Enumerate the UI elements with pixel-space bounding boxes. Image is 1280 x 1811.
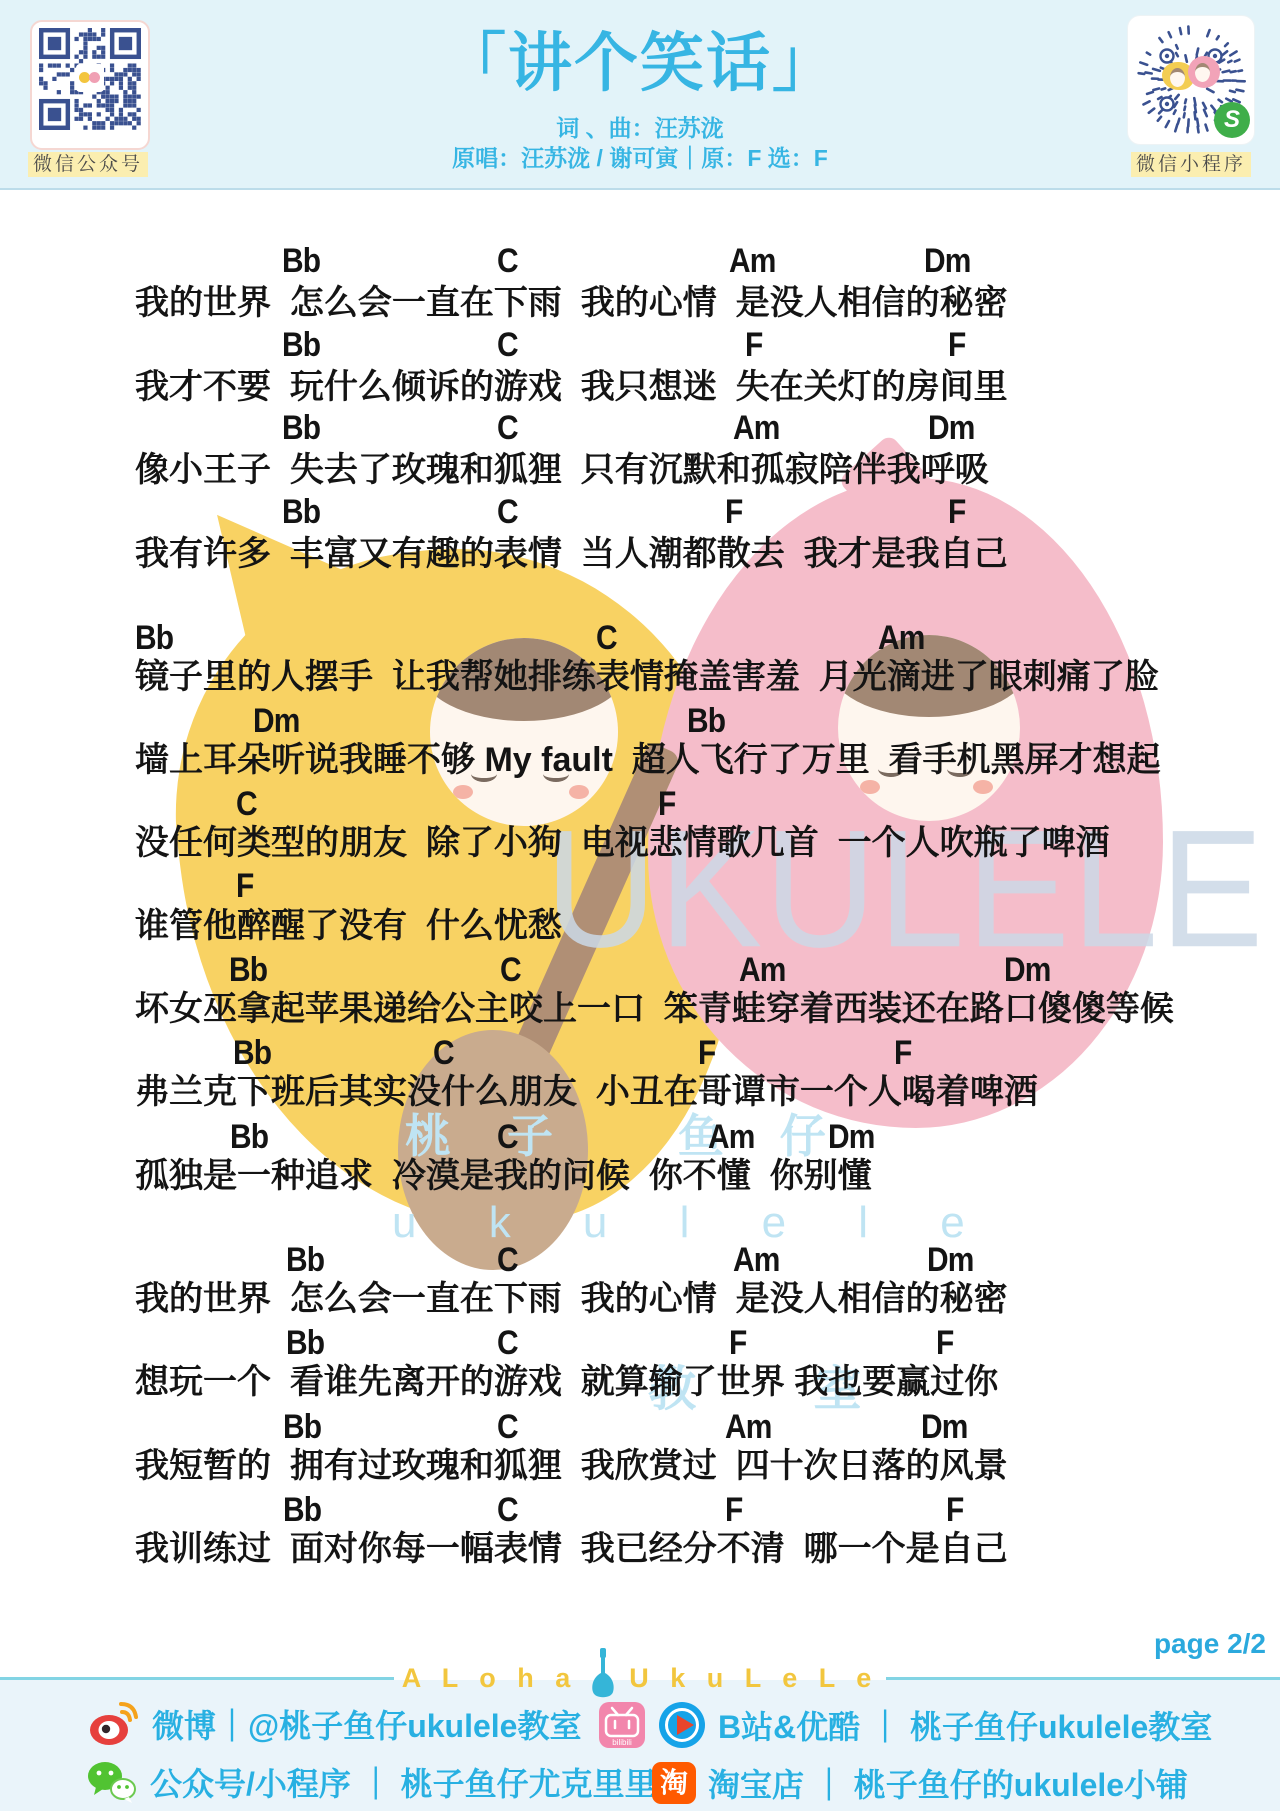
chord-sheet-page: UKULELE 桃子 鱼仔 u k u l e l e 教 室 「讲个笑话」 词… xyxy=(0,0,1280,1811)
chord-label: C xyxy=(497,495,518,529)
chord-label: Bb xyxy=(283,1493,321,1527)
chord-label: Bb xyxy=(233,1036,271,1070)
lyric-line-15: 我训练过 面对你每一幅表情 我已经分不清 哪一个是自己 xyxy=(135,1530,1008,1569)
chord-label: Bb xyxy=(286,1326,324,1360)
chord-label: Bb xyxy=(283,1410,321,1444)
chord-label: F xyxy=(658,787,675,821)
chord-label: Bb xyxy=(286,1243,324,1277)
weibo-text: 微博｜@桃子鱼仔ukulele教室 xyxy=(152,1701,581,1747)
lyric-line-2: 我才不要 玩什么倾诉的游戏 我只想迷 失在关灯的房间里 xyxy=(135,368,1008,407)
miniprogram-center-logo xyxy=(1162,56,1220,98)
chord-label: F xyxy=(948,495,965,529)
wechat-link: 公众号/小程序 ｜ 桃子鱼仔尤克里里 xyxy=(86,1758,657,1806)
wechat-miniprogram-label: 微信小程序 xyxy=(1122,149,1260,176)
miniprogram-s-badge: S xyxy=(1214,102,1250,138)
lyric-line-5: 镜子里的人摆手 让我帮她排练表情掩盖害羞 月光滴进了眼刺痛了脸 xyxy=(135,658,1159,697)
chord-label: Am xyxy=(708,1120,754,1154)
chord-label: Bb xyxy=(282,495,320,529)
chord-label: Dm xyxy=(828,1120,874,1154)
chord-label: F xyxy=(725,1493,742,1527)
chord-label: C xyxy=(497,411,518,445)
chord-label: Bb xyxy=(229,953,267,987)
chord-label: F xyxy=(946,1493,963,1527)
bilibili-youku-link: bilibili B站&优酷 ｜ 桃子鱼仔ukulele教室 xyxy=(598,1700,1212,1750)
credit-original-key: 原唱：汪苏泷 / 谢可寅｜原：F 选：F xyxy=(0,140,1280,173)
bilibili-youku-text: B站&优酷 ｜ 桃子鱼仔ukulele教室 xyxy=(718,1702,1212,1748)
divider-line-left xyxy=(0,1677,394,1680)
chord-label: Am xyxy=(725,1410,771,1444)
wechat-icon xyxy=(86,1758,138,1806)
lyric-line-6: 墙上耳朵听说我睡不够 My fault 超人飞行了万里 看手机黑屏才想起 xyxy=(135,741,1161,780)
weibo-icon xyxy=(88,1700,140,1748)
chord-label: Dm xyxy=(928,411,974,445)
weibo-link: 微博｜@桃子鱼仔ukulele教室 xyxy=(88,1700,581,1748)
credit-writers: 词 、曲：汪苏泷 xyxy=(0,110,1280,143)
lyric-line-12: 我的世界 怎么会一直在下雨 我的心情 是没人相信的秘密 xyxy=(135,1280,1008,1319)
lyric-line-1: 我的世界 怎么会一直在下雨 我的心情 是没人相信的秘密 xyxy=(135,284,1008,323)
lyric-line-13: 想玩一个 看谁先离开的游戏 就算输了世界 我也要赢过你 xyxy=(135,1363,998,1402)
chord-label: Am xyxy=(878,621,924,655)
chord-label: F xyxy=(236,869,253,903)
chord-label: F xyxy=(725,495,742,529)
lyric-line-10: 弗兰克下班后其实没什么朋友 小丑在哥谭市一个人喝着啤酒 xyxy=(135,1073,1038,1112)
chord-label: Dm xyxy=(253,704,299,738)
chord-label: F xyxy=(936,1326,953,1360)
chord-label: Bb xyxy=(230,1120,268,1154)
chord-label: C xyxy=(497,1120,518,1154)
chord-label: C xyxy=(497,1326,518,1360)
taobao-text: 淘宝店 ｜ 桃子鱼仔的ukulele小铺 xyxy=(708,1760,1188,1806)
chord-label: C xyxy=(433,1036,454,1070)
chord-label: Bb xyxy=(282,328,320,362)
chord-label: C xyxy=(497,1410,518,1444)
chord-label: Am xyxy=(733,1243,779,1277)
chord-label: C xyxy=(500,953,521,987)
chord-label: Bb xyxy=(282,411,320,445)
chord-label: Am xyxy=(739,953,785,987)
chord-label: C xyxy=(236,787,257,821)
lyric-line-3: 像小王子 失去了玫瑰和狐狸 只有沉默和孤寂陪伴我呼吸 xyxy=(135,451,989,490)
chord-label: C xyxy=(497,244,518,278)
ukulele-icon xyxy=(589,1648,617,1702)
chord-label: F xyxy=(698,1036,715,1070)
chord-label: F xyxy=(894,1036,911,1070)
lyric-line-9: 坏女巫拿起苹果递给公主咬上一口 笨青蛙穿着西装还在路口傻傻等候 xyxy=(135,990,1174,1029)
chord-label: C xyxy=(497,1243,518,1277)
chord-label: F xyxy=(745,328,762,362)
wechat-official-label: 微信公众号 xyxy=(22,149,154,176)
aloha-text: A L o h a xyxy=(402,1663,578,1694)
qr-center-logo xyxy=(76,64,104,92)
wechat-official-qr-code xyxy=(30,20,150,150)
wechat-text: 公众号/小程序 ｜ 桃子鱼仔尤克里里 xyxy=(150,1759,657,1805)
ukulele-text: U k u L e L e xyxy=(629,1663,878,1694)
youku-icon xyxy=(658,1701,706,1749)
chord-label: F xyxy=(729,1326,746,1360)
page-title: 「讲个笑话」 xyxy=(0,12,1280,104)
lyric-line-4: 我有许多 丰富又有趣的表情 当人潮都散去 我才是我自己 xyxy=(135,535,1008,574)
chord-label: C xyxy=(497,1493,518,1527)
song-body: BbCAmDm我的世界 怎么会一直在下雨 我的心情 是没人相信的秘密BbCFF我… xyxy=(0,0,1280,1620)
lyric-line-11: 孤独是一种追求 冷漠是我的问候 你不懂 你别懂 xyxy=(135,1157,872,1196)
header: 「讲个笑话」 词 、曲：汪苏泷 原唱：汪苏泷 / 谢可寅｜原：F 选：F 微信公… xyxy=(0,0,1280,190)
bilibili-icon: bilibili xyxy=(598,1700,646,1750)
lyric-line-7: 没任何类型的朋友 除了小狗 电视悲情歌几首 一个人吹瓶了啤酒 xyxy=(135,824,1110,863)
aloha-divider: A L o h a U k u L e L e xyxy=(0,1652,1280,1704)
chord-label: C xyxy=(497,328,518,362)
chord-label: Am xyxy=(733,411,779,445)
chord-label: Dm xyxy=(927,1243,973,1277)
chord-label: Dm xyxy=(1004,953,1050,987)
chord-label: Dm xyxy=(921,1410,967,1444)
divider-line-right xyxy=(886,1677,1280,1680)
lyric-line-8: 谁管他醉醒了没有 什么忧愁 xyxy=(135,907,562,946)
taobao-link: 淘 淘宝店 ｜ 桃子鱼仔的ukulele小铺 xyxy=(652,1760,1188,1806)
chord-label: Bb xyxy=(282,244,320,278)
taobao-icon: 淘 xyxy=(652,1762,696,1804)
svg-text:bilibili: bilibili xyxy=(612,1738,632,1747)
chord-label: Bb xyxy=(687,704,725,738)
chord-label: C xyxy=(596,621,617,655)
wechat-miniprogram-code: S xyxy=(1128,16,1254,144)
lyric-line-14: 我短暂的 拥有过玫瑰和狐狸 我欣赏过 四十次日落的风景 xyxy=(135,1447,1008,1486)
chord-label: F xyxy=(948,328,965,362)
chord-label: Bb xyxy=(135,621,173,655)
chord-label: Dm xyxy=(924,244,970,278)
chord-label: Am xyxy=(729,244,775,278)
